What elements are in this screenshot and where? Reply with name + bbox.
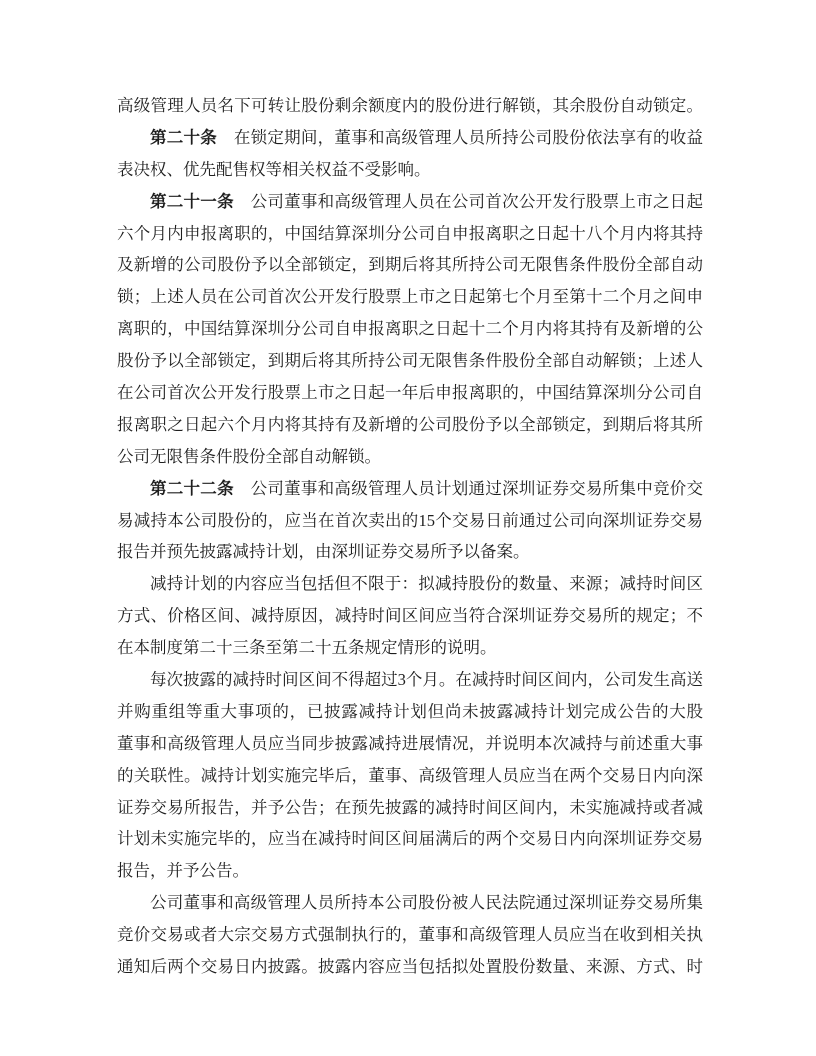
text-line: 每次披露的减持时间区间不得超过3个月。在减持时间区间内，公司发生高送转、 (117, 664, 703, 696)
line-text: 方式、价格区间、减持原因，减持时间区间应当符合深圳证券交易所的规定；不存 (117, 606, 703, 632)
text-line: 锁；上述人员在公司首次公开发行股票上市之日起第七个月至第十二个月之间申报 (117, 281, 703, 313)
line-text: 计划未实施完毕的，应当在减持时间区间届满后的两个交易日内向深圳证券交易所 (117, 829, 703, 855)
text-line: 第二十一条 公司董事和高级管理人员在公司首次公开发行股票上市之日起 (117, 186, 703, 218)
text-line: 并购重组等重大事项的，已披露减持计划但尚未披露减持计划完成公告的大股东、 (117, 696, 703, 728)
line-text: 并购重组等重大事项的，已披露减持计划但尚未披露减持计划完成公告的大股东、 (117, 702, 703, 728)
line-text: 在公司首次公开发行股票上市之日起一年后申报离职的，中国结算深圳分公司自申 (117, 383, 703, 409)
line-text: 竞价交易或者大宗交易方式强制执行的，董事和高级管理人员应当在收到相关执行 (117, 925, 703, 951)
line-text: 离职的，中国结算深圳分公司自申报离职之日起十二个月内将其持有及新增的公司 (117, 319, 703, 345)
document-page: 高级管理人员名下可转让股份剩余额度内的股份进行解锁，其余股份自动锁定。第二十条 … (0, 0, 816, 1056)
line-text: 股份予以全部锁定，到期后将其所持公司无限售条件股份全部自动解锁；上述人员 (117, 351, 703, 377)
line-text: 公司董事和高级管理人员计划通过深圳证券交易所集中竞价交 (234, 479, 703, 498)
text-line: 方式、价格区间、减持原因，减持时间区间应当符合深圳证券交易所的规定；不存 (117, 600, 703, 632)
text-line: 易减持本公司股份的，应当在首次卖出的15个交易日前通过公司向深圳证券交易所 (117, 505, 703, 537)
line-text: 证券交易所报告，并予公告；在预先披露的减持时间区间内，未实施减持或者减持 (117, 798, 703, 824)
text-line: 在公司首次公开发行股票上市之日起一年后申报离职的，中国结算深圳分公司自申 (117, 377, 703, 409)
line-text: 公司无限售条件股份全部自动解锁。 (117, 447, 381, 466)
text-line: 计划未实施完毕的，应当在减持时间区间届满后的两个交易日内向深圳证券交易所 (117, 823, 703, 855)
text-line: 证券交易所报告，并予公告；在预先披露的减持时间区间内，未实施减持或者减持 (117, 792, 703, 824)
line-text: 减持计划的内容应当包括但不限于：拟减持股份的数量、来源；减持时间区间、 (117, 574, 703, 600)
text-line: 表决权、优先配售权等相关权益不受影响。 (117, 154, 703, 186)
text-line: 高级管理人员名下可转让股份剩余额度内的股份进行解锁，其余股份自动锁定。 (117, 90, 703, 122)
article-number: 第二十一条 (150, 192, 234, 211)
line-text: 通知后两个交易日内披露。披露内容应当包括拟处置股份数量、来源、方式、时间 (117, 957, 703, 983)
line-text: 每次披露的减持时间区间不得超过3个月。在减持时间区间内，公司发生高送转、 (117, 670, 703, 696)
line-text: 报离职之日起六个月内将其持有及新增的公司股份予以全部锁定，到期后将其所持 (117, 415, 703, 441)
line-text: 高级管理人员名下可转让股份剩余额度内的股份进行解锁，其余股份自动锁定。 (117, 96, 703, 115)
text-line: 报离职之日起六个月内将其持有及新增的公司股份予以全部锁定，到期后将其所持 (117, 409, 703, 441)
line-text: 及新增的公司股份予以全部锁定，到期后将其所持公司无限售条件股份全部自动解 (117, 255, 703, 281)
article-number: 第二十二条 (150, 479, 234, 498)
text-line: 报告，并予公告。 (117, 855, 703, 887)
text-line: 第二十条 在锁定期间，董事和高级管理人员所持公司股份依法享有的收益权、 (117, 122, 703, 154)
text-line: 董事和高级管理人员应当同步披露减持进展情况，并说明本次减持与前述重大事项 (117, 728, 703, 760)
document-body: 高级管理人员名下可转让股份剩余额度内的股份进行解锁，其余股份自动锁定。第二十条 … (117, 90, 703, 983)
text-line: 公司无限售条件股份全部自动解锁。 (117, 441, 703, 473)
line-text: 报告，并予公告。 (117, 861, 249, 880)
line-text: 六个月内申报离职的，中国结算深圳分公司自申报离职之日起十八个月内将其持有 (117, 224, 703, 250)
line-text: 易减持本公司股份的，应当在首次卖出的15个交易日前通过公司向深圳证券交易所 (117, 511, 703, 537)
text-line: 及新增的公司股份予以全部锁定，到期后将其所持公司无限售条件股份全部自动解 (117, 249, 703, 281)
text-line: 公司董事和高级管理人员所持本公司股份被人民法院通过深圳证券交易所集中 (117, 887, 703, 919)
text-line: 六个月内申报离职的，中国结算深圳分公司自申报离职之日起十八个月内将其持有 (117, 218, 703, 250)
article-number: 第二十条 (150, 128, 217, 147)
text-line: 减持计划的内容应当包括但不限于：拟减持股份的数量、来源；减持时间区间、 (117, 568, 703, 600)
text-line: 的关联性。减持计划实施完毕后，董事、高级管理人员应当在两个交易日内向深圳 (117, 760, 703, 792)
text-line: 竞价交易或者大宗交易方式强制执行的，董事和高级管理人员应当在收到相关执行 (117, 919, 703, 951)
text-line: 通知后两个交易日内披露。披露内容应当包括拟处置股份数量、来源、方式、时间 (117, 951, 703, 983)
line-text: 在本制度第二十三条至第二十五条规定情形的说明。 (117, 638, 497, 657)
text-line: 股份予以全部锁定，到期后将其所持公司无限售条件股份全部自动解锁；上述人员 (117, 345, 703, 377)
text-line: 离职的，中国结算深圳分公司自申报离职之日起十二个月内将其持有及新增的公司 (117, 313, 703, 345)
line-text: 锁；上述人员在公司首次公开发行股票上市之日起第七个月至第十二个月之间申报 (117, 287, 703, 313)
text-line: 第二十二条 公司董事和高级管理人员计划通过深圳证券交易所集中竞价交 (117, 473, 703, 505)
line-text: 公司董事和高级管理人员所持本公司股份被人民法院通过深圳证券交易所集中 (117, 893, 703, 919)
line-text: 表决权、优先配售权等相关权益不受影响。 (117, 160, 431, 179)
line-text: 公司董事和高级管理人员在公司首次公开发行股票上市之日起 (234, 192, 703, 211)
text-line: 报告并预先披露减持计划，由深圳证券交易所予以备案。 (117, 536, 703, 568)
line-text: 报告并预先披露减持计划，由深圳证券交易所予以备案。 (117, 542, 530, 561)
line-text: 董事和高级管理人员应当同步披露减持进展情况，并说明本次减持与前述重大事项 (117, 734, 703, 760)
text-line: 在本制度第二十三条至第二十五条规定情形的说明。 (117, 632, 703, 664)
line-text: 的关联性。减持计划实施完毕后，董事、高级管理人员应当在两个交易日内向深圳 (117, 766, 703, 792)
